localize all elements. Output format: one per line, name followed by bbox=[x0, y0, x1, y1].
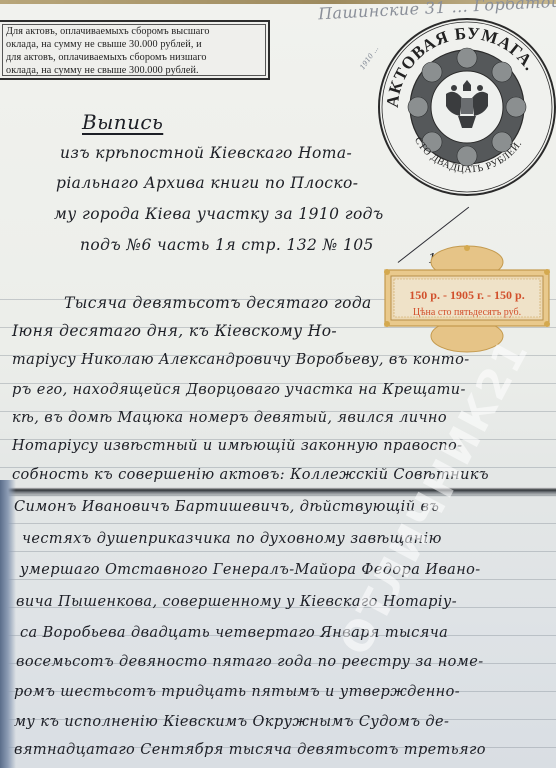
body-line: вятнадцатаго Сентября тысяча девятьсотъ … bbox=[14, 742, 486, 758]
body-line: ромъ шестьсотъ тридцать пятымъ и утвержд… bbox=[14, 684, 460, 700]
header-line: му города Кіева участку за 1910 годъ bbox=[54, 205, 384, 223]
body-line: кѣ, въ домѣ Мацюка номеръ девятый, явилс… bbox=[12, 410, 447, 426]
notice-box: Для актовъ, оплачиваемыхъ сборомъ высшаг… bbox=[0, 20, 270, 80]
body-line: Тысяча девятьсотъ десятаго года bbox=[64, 294, 372, 312]
body-line: му къ исполненію Кіевскимъ Окружнымъ Суд… bbox=[14, 714, 449, 730]
notice-line: Для актовъ, оплачиваемыхъ сборомъ высшаг… bbox=[6, 25, 264, 38]
header-line: ріальнаго Архива книги по Плоско- bbox=[56, 174, 358, 192]
stamp-seal-icon: АКТОВАЯ БУМАГА. СТО ДВАДЦАТЬ РУБЛЕЙ. bbox=[376, 16, 556, 198]
body-line: Іюня десятаго дня, къ Кіевскому Но- bbox=[12, 322, 337, 340]
body-line: Нотаріусу извѣстный и имѣющій законную п… bbox=[12, 438, 462, 454]
document-title: Выпись bbox=[82, 110, 163, 134]
body-line: ръ его, находящейся Дворцоваго участка н… bbox=[12, 382, 466, 398]
notice-line: оклада, на сумму не свыше 30.000 рублей,… bbox=[6, 38, 264, 51]
notice-line: для актовъ, оплачиваемыхъ сборомъ низшаг… bbox=[6, 51, 264, 64]
price-label: 150 р. - 1905 г. - 150 р. Цѣна сто пятьд… bbox=[382, 244, 552, 354]
header-line: изъ крѣпостной Кіевскаго Нота- bbox=[60, 144, 352, 162]
body-line: таріусу Николаю Александровичу Воробьеву… bbox=[12, 352, 470, 368]
body-line: честяхъ душеприказчика по духовному завѣ… bbox=[22, 531, 442, 547]
paper-fold bbox=[0, 487, 556, 497]
body-line: восемьсотъ девяносто пятаго года по реес… bbox=[16, 654, 484, 670]
document-sheet: Пашинские 31 ... Горбатой Для актовъ, оп… bbox=[0, 0, 556, 768]
header-line: подъ №6 часть 1я стр. 132 № 105 bbox=[80, 236, 374, 254]
body-line: Симонъ Ивановичъ Бартишевичъ, дѣйствующі… bbox=[14, 499, 439, 515]
notice-line: оклада, на сумму не свыше 300.000 рублей… bbox=[6, 64, 264, 77]
revenue-stamp: АКТОВАЯ БУМАГА. СТО ДВАДЦАТЬ РУБЛЕЙ. bbox=[376, 16, 556, 198]
price-label-line1: 150 р. - 1905 г. - 150 р. bbox=[382, 288, 552, 303]
price-label-line2: Цѣна сто пятьдесятъ руб. bbox=[382, 307, 552, 318]
